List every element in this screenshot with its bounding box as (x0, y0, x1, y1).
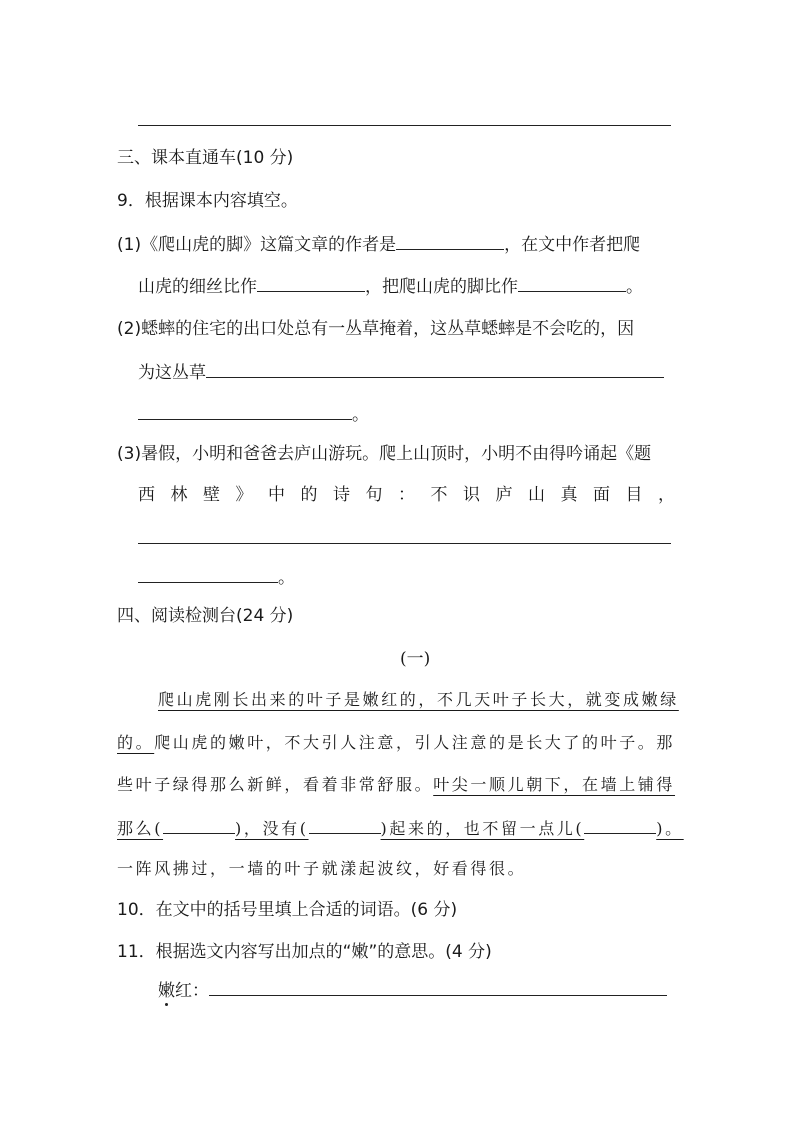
q9-3-text-c: 。 (278, 568, 295, 588)
underlined-sentence-1: 爬山虎刚长出来的叶子是嫩红的，不几天叶子长大，就变成嫩绿 (158, 690, 679, 709)
passage-line-4-d: )。 (656, 819, 683, 838)
section-3-heading: 三、课本直通车(10 分) (117, 146, 293, 170)
q9-2-text-c: 。 (352, 405, 369, 425)
q9-1-text-b: ，在文中作者把爬 (504, 235, 640, 255)
q9-2-text-b: 为这丛草 (138, 363, 206, 383)
poem-answer-blank-2[interactable] (138, 565, 278, 583)
emphasized-char: 嫩 (158, 979, 175, 1003)
poem-answer-line-1[interactable] (138, 543, 671, 544)
author-blank[interactable] (396, 232, 504, 250)
question-9-part-1-line-2: 山虎的细丝比作，把爬山虎的脚比作。 (138, 274, 643, 299)
question-9-part-2-line-3: 。 (138, 402, 369, 427)
question-10: 10．在文中的括号里填上合适的词语。(6 分) (117, 898, 457, 922)
passage-line-4-c: )起来的，也不留一点儿( (381, 819, 585, 838)
exam-page: 三、课本直通车(10 分) 9．根据课本内容填空。 (1)《爬山虎的脚》这篇文章… (0, 0, 793, 1122)
passage-line-4-a: 那么( (117, 819, 163, 838)
passage-line-4: 那么()，没有()起来的，也不留一点儿()。 (117, 815, 684, 841)
passage-line-3-text: 些叶子绿得那么新鲜，看着非常舒服。 (117, 775, 433, 794)
question-9-part-3-line-2: 西林壁》中的诗句：不识庐山真面目， (138, 483, 691, 507)
question-9-part-3-line-1: (3)暑假，小明和爸爸去庐山游玩。爬上山顶时，小明不由得吟诵起《题 (117, 442, 651, 466)
answer-line-top[interactable] (138, 125, 671, 126)
question-9-part-3-line-4: 。 (138, 565, 295, 590)
tendril-simile-blank[interactable] (257, 274, 365, 292)
question-9-part-2-line-1: (2)蟋蟀的住宅的出口处总有一丛草掩着，这丛草蟋蟀是不会吃的，因 (117, 317, 634, 341)
q9-1-text-a: (1)《爬山虎的脚》这篇文章的作者是 (117, 235, 396, 255)
reason-blank-2[interactable] (138, 402, 352, 420)
question-9-part-2-line-2: 为这丛草 (138, 360, 664, 385)
foot-simile-blank[interactable] (518, 274, 626, 292)
underlined-sentence-1-end: 的。 (117, 733, 154, 752)
passage-line-3: 些叶子绿得那么新鲜，看着非常舒服。叶尖一顺儿朝下，在墙上铺得 (117, 773, 675, 797)
answer-label: 红： (175, 981, 209, 1001)
passage-line-1: 爬山虎刚长出来的叶子是嫩红的，不几天叶子长大，就变成嫩绿 (158, 688, 679, 712)
q9-1-text-d: ，把爬山虎的脚比作 (365, 277, 518, 297)
question-9-part-1-line-1: (1)《爬山虎的脚》这篇文章的作者是，在文中作者把爬 (117, 232, 640, 257)
reason-blank-1[interactable] (206, 360, 664, 378)
question-11-answer-row: 嫩红： (158, 978, 667, 1003)
underlined-sentence-2: 叶尖一顺儿朝下，在墙上铺得 (433, 775, 675, 794)
passage-line-4-b: )，没有( (235, 819, 309, 838)
passage-number: (一) (400, 647, 430, 671)
passage-line-5: 一阵风拂过，一墙的叶子就漾起波纹，好看得很。 (117, 857, 526, 881)
bracket-blank-2[interactable] (309, 815, 381, 834)
section-4-heading: 四、阅读检测台(24 分) (117, 604, 293, 628)
question-9-stem: 9．根据课本内容填空。 (117, 189, 298, 213)
passage-line-2-text: 爬山虎的嫩叶，不大引人注意，引人注意的是长大了的叶子。那 (154, 733, 675, 752)
q9-1-text-c: 山虎的细丝比作 (138, 277, 257, 297)
bracket-blank-1[interactable] (163, 815, 235, 834)
meaning-answer-blank[interactable] (209, 978, 667, 996)
bracket-blank-3[interactable] (584, 815, 656, 834)
passage-line-2: 的。爬山虎的嫩叶，不大引人注意，引人注意的是长大了的叶子。那 (117, 731, 675, 755)
question-11: 11．根据选文内容写出加点的“嫩”的意思。(4 分) (117, 940, 492, 964)
q9-1-text-e: 。 (626, 277, 643, 297)
